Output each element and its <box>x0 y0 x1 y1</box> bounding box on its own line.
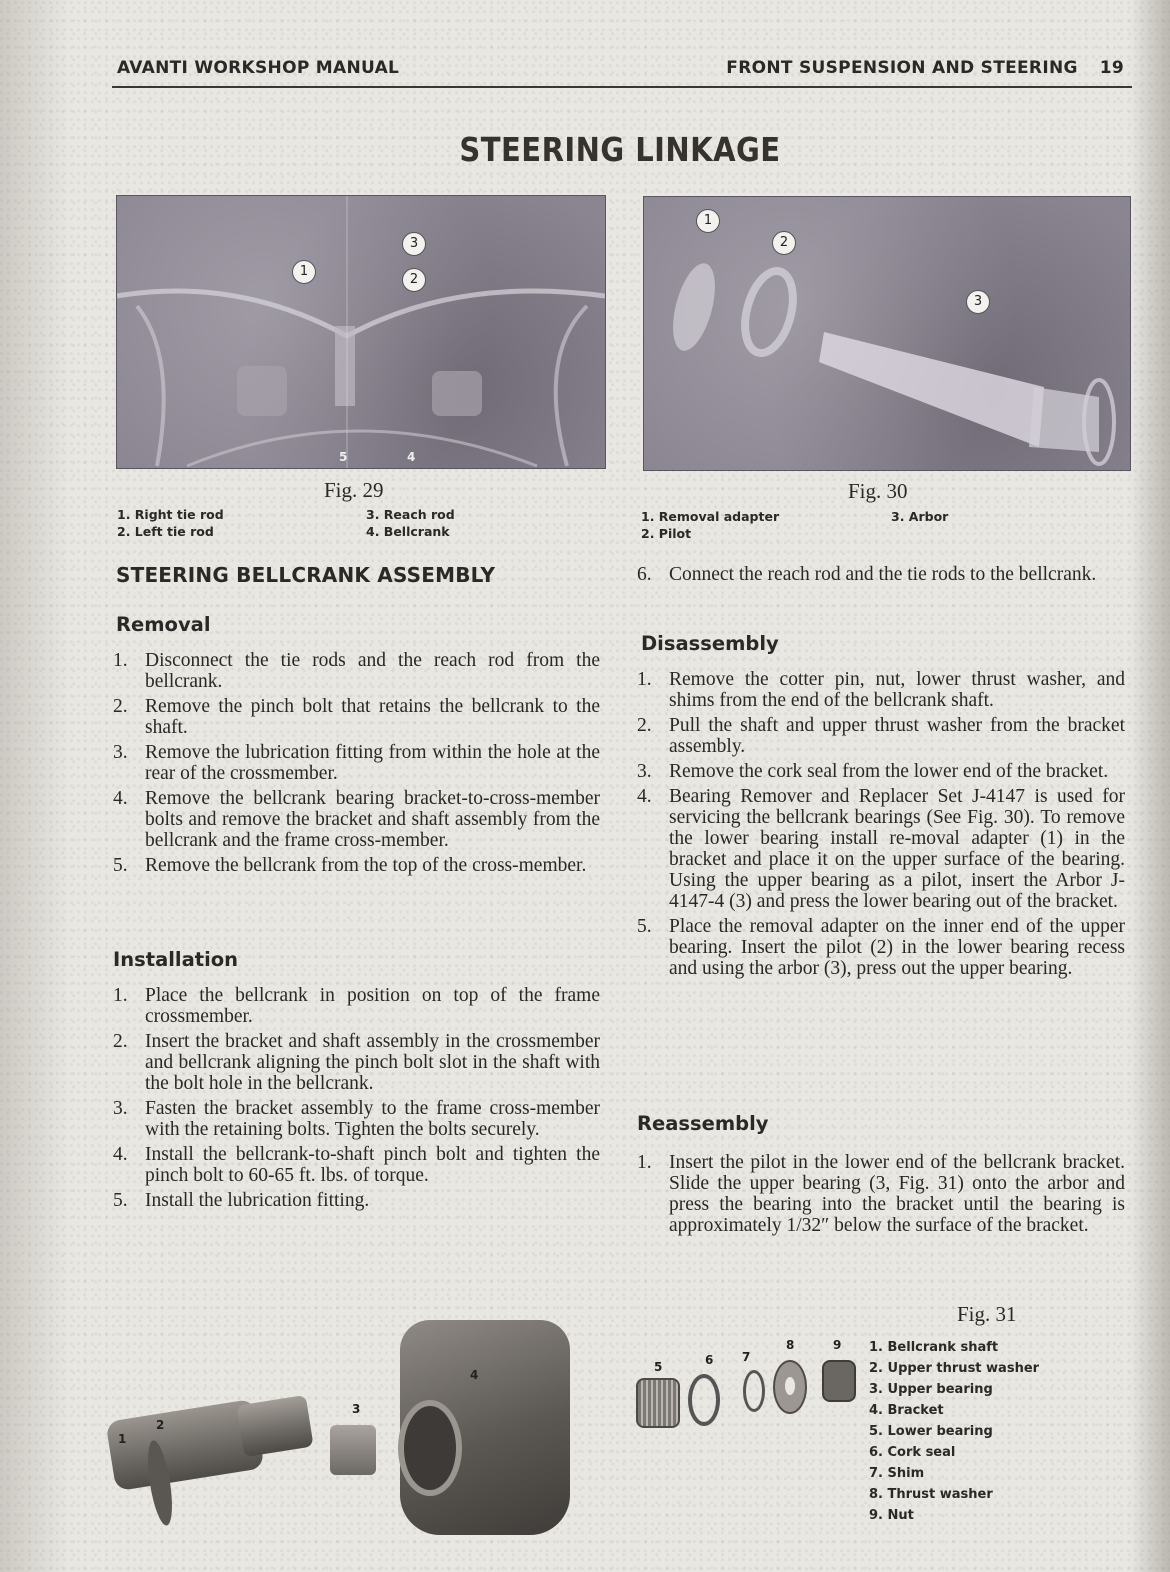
fig30-callout-2: 2 <box>772 231 796 255</box>
fig30-label: Fig. 30 <box>848 479 908 504</box>
disassembly-step: 1.Remove the cotter pin, nut, lower thru… <box>637 669 1125 711</box>
fig30-photo-bearing-tools: 1 2 3 <box>643 196 1131 471</box>
running-header-section: FRONT SUSPENSION AND STEERING19 <box>726 58 1124 78</box>
legend-item: 2. Pilot <box>641 525 779 542</box>
disassembly-step: 3.Remove the cork seal from the lower en… <box>637 761 1125 782</box>
removal-step: 3.Remove the lubrication fitting from wi… <box>113 742 600 784</box>
installation-step: 2.Insert the bracket and shaft assembly … <box>113 1031 600 1094</box>
legend-item: 1. Right tie rod <box>117 506 224 523</box>
fig29-callout-1: 1 <box>292 260 316 284</box>
fig31-callout-1: 1 <box>118 1432 126 1446</box>
legend-item: 9. Nut <box>869 1505 1039 1526</box>
nut-icon <box>822 1360 856 1402</box>
subheading-installation: Installation <box>113 948 238 971</box>
disassembly-step: 4.Bearing Remover and Replacer Set J-414… <box>637 786 1125 912</box>
upper-bearing-icon <box>330 1425 376 1475</box>
shaft-thread-icon <box>236 1395 313 1457</box>
fig29-callout-2: 2 <box>402 268 426 292</box>
fig29-legend-col2: 3. Reach rod 4. Bellcrank <box>366 506 455 540</box>
running-header-title: AVANTI WORKSHOP MANUAL <box>117 58 399 78</box>
removal-step: 1.Disconnect the tie rods and the reach … <box>113 650 600 692</box>
fig30-legend-col2: 3. Arbor <box>891 508 948 525</box>
page-scan-shadow-left <box>0 0 70 1572</box>
page-title: STEERING LINKAGE <box>74 130 1165 169</box>
reassembly-steps: 1.Insert the pilot in the lower end of t… <box>637 1152 1125 1240</box>
disassembly-steps: 1.Remove the cotter pin, nut, lower thru… <box>637 669 1125 983</box>
fig31-callout-6: 6 <box>705 1353 713 1367</box>
disassembly-step: 2.Pull the shaft and upper thrust washer… <box>637 715 1125 757</box>
header-rule <box>112 86 1132 88</box>
fig29-label: Fig. 29 <box>324 478 384 503</box>
section-heading-bellcrank-assembly: STEERING BELLCRANK ASSEMBLY <box>116 563 495 587</box>
legend-item: 3. Upper bearing <box>869 1379 1039 1400</box>
thrust-washer-icon <box>773 1360 807 1414</box>
installation-step: 6.Connect the reach rod and the tie rods… <box>637 564 1125 585</box>
removal-steps: 1.Disconnect the tie rods and the reach … <box>113 650 600 880</box>
fig30-callout-1: 1 <box>696 209 720 233</box>
fig30-callout-3: 3 <box>966 290 990 314</box>
fig31-callout-7: 7 <box>742 1350 750 1364</box>
fig31-callout-9: 9 <box>833 1338 841 1352</box>
page-number: 19 <box>1100 58 1124 78</box>
bearing-tools-drawing-icon <box>644 197 1130 470</box>
legend-item: 8. Thrust washer <box>869 1484 1039 1505</box>
reassembly-step: 1.Insert the pilot in the lower end of t… <box>637 1152 1125 1236</box>
subheading-reassembly: Reassembly <box>637 1112 769 1135</box>
removal-step: 2.Remove the pinch bolt that retains the… <box>113 696 600 738</box>
installation-step: 4.Install the bellcrank-to-shaft pinch b… <box>113 1144 600 1186</box>
legend-item: 3. Arbor <box>891 508 948 525</box>
installation-step: 3.Fasten the bracket assembly to the fra… <box>113 1098 600 1140</box>
fig30-legend-col1: 1. Removal adapter 2. Pilot <box>641 508 779 542</box>
lower-bearing-icon <box>636 1378 680 1428</box>
legend-item: 2. Left tie rod <box>117 523 224 540</box>
fig29-callout-4: 4 <box>407 450 415 464</box>
legend-item: 4. Bellcrank <box>366 523 455 540</box>
fig31-callout-8: 8 <box>786 1338 794 1352</box>
removal-step: 5.Remove the bellcrank from the top of t… <box>113 855 600 876</box>
linkage-drawing-icon <box>117 196 605 468</box>
legend-item: 4. Bracket <box>869 1400 1039 1421</box>
page-scan-shadow-right <box>1130 0 1170 1572</box>
fig29-legend-col1: 1. Right tie rod 2. Left tie rod <box>117 506 224 540</box>
legend-item: 6. Cork seal <box>869 1442 1039 1463</box>
installation-step: 1.Place the bellcrank in position on top… <box>113 985 600 1027</box>
subheading-removal: Removal <box>116 613 211 636</box>
fig31-label: Fig. 31 <box>957 1302 1017 1327</box>
fig31-callout-2: 2 <box>156 1418 164 1432</box>
legend-item: 1. Bellcrank shaft <box>869 1337 1039 1358</box>
installation-steps-continued: 6.Connect the reach rod and the tie rods… <box>637 564 1125 589</box>
bracket-bore-icon <box>398 1400 462 1496</box>
shim-icon <box>743 1370 765 1412</box>
legend-item: 3. Reach rod <box>366 506 455 523</box>
installation-steps: 1.Place the bellcrank in position on top… <box>113 985 600 1215</box>
legend-item: 5. Lower bearing <box>869 1421 1039 1442</box>
section-name: FRONT SUSPENSION AND STEERING <box>726 58 1077 78</box>
fig31-callout-4: 4 <box>470 1368 478 1382</box>
removal-step: 4.Remove the bellcrank bearing bracket-t… <box>113 788 600 851</box>
subheading-disassembly: Disassembly <box>641 632 779 655</box>
fig29-photo-steering-linkage: 1 2 3 4 5 <box>116 195 606 469</box>
fig31-callout-5: 5 <box>654 1360 662 1374</box>
installation-step: 5.Install the lubrication fitting. <box>113 1190 600 1211</box>
fig31-callout-3: 3 <box>352 1402 360 1416</box>
legend-item: 2. Upper thrust washer <box>869 1358 1039 1379</box>
fig29-callout-5: 5 <box>339 450 347 464</box>
fig31-legend: 1. Bellcrank shaft 2. Upper thrust washe… <box>869 1337 1039 1526</box>
disassembly-step: 5.Place the removal adapter on the inner… <box>637 916 1125 979</box>
fig29-callout-3: 3 <box>402 232 426 256</box>
cork-seal-icon <box>688 1374 720 1426</box>
legend-item: 7. Shim <box>869 1463 1039 1484</box>
legend-item: 1. Removal adapter <box>641 508 779 525</box>
